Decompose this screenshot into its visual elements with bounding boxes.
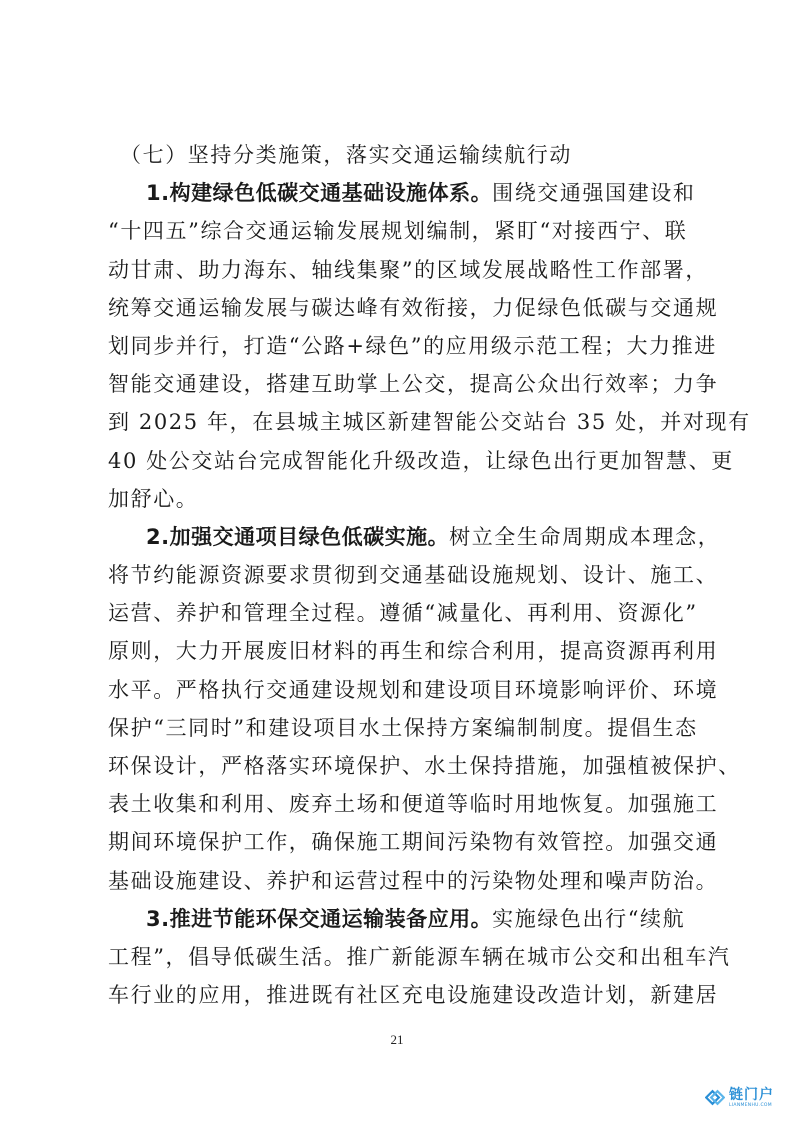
text-line: 环保设计，严格落实环境保护、水土保持措施，加强植被保护、 — [108, 747, 720, 785]
text-line: 加舒心。 — [108, 480, 720, 518]
text-line: 原则，大力开展废旧材料的再生和综合利用，提高资源再利用 — [108, 632, 720, 670]
text-line: 表土收集和利用、废弃土场和便道等临时用地恢复。加强施工 — [108, 785, 720, 823]
text-line: 基础设施建设、养护和运营过程中的污染物处理和噪声防治。 — [108, 862, 720, 900]
text-line: 动甘肃、助力海东、轴线集聚”的区域发展战略性工作部署， — [108, 251, 720, 289]
text-line: 到 2025 年，在县城主城区新建智能公交站台 35 处，并对现有 — [108, 403, 720, 441]
paragraph-1-first-line: 1.构建绿色低碳交通基础设施体系。围绕交通强国建设和 — [108, 174, 720, 212]
watermark-cn: 链门户 — [729, 1088, 774, 1102]
text-line: 车行业的应用，推进既有社区充电设施建设改造计划，新建居 — [108, 976, 720, 1014]
text-line: 期间环境保护工作，确保施工期间污染物有效管控。加强交通 — [108, 823, 720, 861]
watermark-logo: 链门户 LIANMENHU.COM — [705, 1088, 774, 1109]
section-heading: （七）坚持分类施策，落实交通运输续航行动 — [108, 136, 720, 174]
text-line: 运营、养护和管理全过程。遵循“减量化、再利用、资源化” — [108, 594, 720, 632]
page-number: 21 — [0, 1032, 794, 1048]
watermark-en: LIANMENHU.COM — [729, 1104, 774, 1109]
text-line: 智能交通建设，搭建互助掌上公交，提高公众出行效率；力争 — [108, 365, 720, 403]
item-1-title: 1.构建绿色低碳交通基础设施体系。 — [146, 181, 492, 205]
text-line: 将节约能源资源要求贯彻到交通基础设施规划、设计、施工、 — [108, 556, 720, 594]
item-2-title: 2.加强交通项目绿色低碳实施。 — [146, 525, 449, 549]
text-line: 工程”，倡导低碳生活。推广新能源车辆在城市公交和出租车汽 — [108, 938, 720, 976]
text-line: 保护“三同时”和建设项目水土保持方案编制制度。提倡生态 — [108, 709, 720, 747]
text-line: 水平。严格执行交通建设规划和建设项目环境影响评价、环境 — [108, 671, 720, 709]
body-text: （七）坚持分类施策，落实交通运输续航行动 1.构建绿色低碳交通基础设施体系。围绕… — [108, 136, 720, 1014]
text-line: “十四五”综合交通运输发展规划编制，紧盯“对接西宁、联 — [108, 212, 720, 250]
paragraph-3-first-line: 3.推进节能环保交通运输装备应用。实施绿色出行“续航 — [108, 900, 720, 938]
item-3-title: 3.推进节能环保交通运输装备应用。 — [146, 907, 492, 931]
text-line: 统筹交通运输发展与碳达峰有效衔接，力促绿色低碳与交通规 — [108, 289, 720, 327]
text-line: 划同步并行，打造“公路+绿色”的应用级示范工程；大力推进 — [108, 327, 720, 365]
chain-link-logo-icon — [705, 1088, 725, 1108]
document-page: （七）坚持分类施策，落实交通运输续航行动 1.构建绿色低碳交通基础设施体系。围绕… — [0, 0, 794, 1123]
paragraph-2-first-line: 2.加强交通项目绿色低碳实施。树立全生命周期成本理念， — [108, 518, 720, 556]
text-line: 40 处公交站台完成智能化升级改造，让绿色出行更加智慧、更 — [108, 442, 720, 480]
